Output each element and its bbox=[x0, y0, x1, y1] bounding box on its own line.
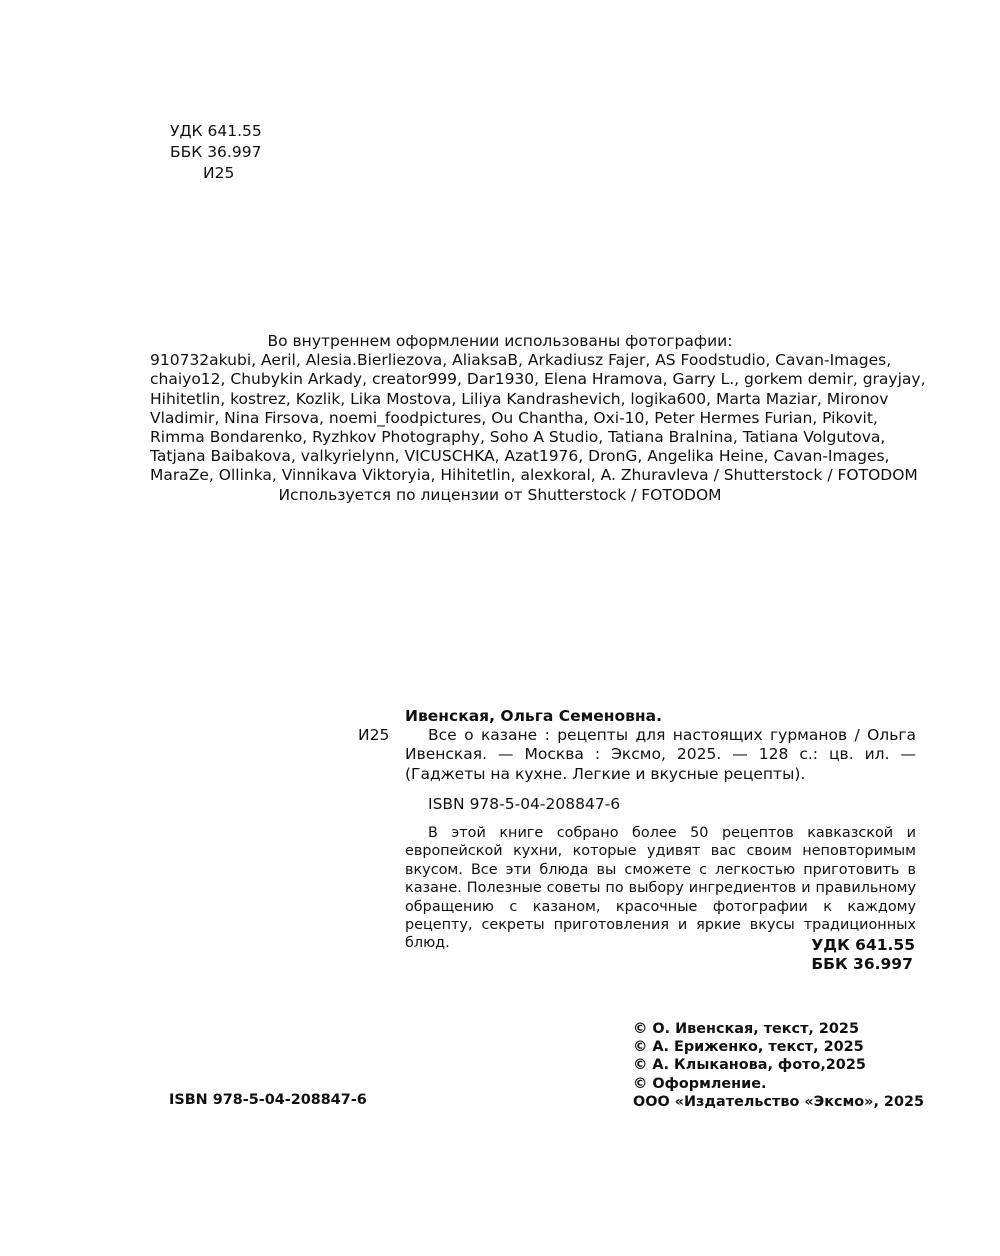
bib-udk: УДК 641.55 bbox=[811, 936, 915, 955]
top-classification: УДК 641.55 ББК 36.997 И25 bbox=[170, 121, 262, 184]
author-mark: И25 bbox=[170, 163, 262, 184]
copyright-line: © А. Клыканова, фото,2025 bbox=[633, 1056, 924, 1074]
credits-line: Используется по лицензии от Shutterstock… bbox=[150, 486, 850, 505]
photo-credits: Во внутреннем оформлении использованы фо… bbox=[150, 332, 850, 505]
credits-line: Vladimir, Nina Firsova, noemi_foodpictur… bbox=[150, 409, 850, 428]
credits-line: Во внутреннем оформлении использованы фо… bbox=[150, 332, 850, 351]
bbk-code: ББК 36.997 bbox=[170, 142, 262, 163]
bib-bbk: ББК 36.997 bbox=[811, 955, 915, 974]
copyright-line: © А. Ериженко, текст, 2025 bbox=[633, 1038, 924, 1056]
credits-line: chaiyo12, Chubykin Arkady, creator999, D… bbox=[150, 370, 850, 389]
bib-author: Ивенская, Ольга Семеновна. bbox=[405, 707, 916, 726]
bib-description: Все о казане : рецепты для настоящих гур… bbox=[405, 726, 916, 784]
credits-line: 910732akubi, Aeril, Alesia.Bierliezova, … bbox=[150, 351, 850, 370]
bib-author-mark: И25 bbox=[358, 726, 389, 744]
credits-line: MaraZe, Ollinka, Vinnikava Viktoryia, Hi… bbox=[150, 466, 850, 485]
copyright-block: © О. Ивенская, текст, 2025 © А. Ериженко… bbox=[633, 1020, 924, 1111]
credits-line: Rimma Bondarenko, Ryzhkov Photography, S… bbox=[150, 428, 850, 447]
annotation: В этой книге собрано более 50 рецептов к… bbox=[405, 824, 916, 953]
credits-line: Tatjana Baibakova, valkyrielynn, VICUSCH… bbox=[150, 447, 850, 466]
bibliographic-record: Ивенская, Ольга Семеновна. Все о казане … bbox=[405, 707, 916, 784]
copyright-line: ООО «Издательство «Эксмо», 2025 bbox=[633, 1093, 924, 1111]
copyright-line: © О. Ивенская, текст, 2025 bbox=[633, 1020, 924, 1038]
udk-code: УДК 641.55 bbox=[170, 121, 262, 142]
annotation-text: В этой книге собрано более 50 рецептов к… bbox=[405, 824, 916, 953]
bib-isbn: ISBN 978-5-04-208847-6 bbox=[428, 795, 620, 813]
bottom-isbn: ISBN 978-5-04-208847-6 bbox=[169, 1092, 367, 1108]
credits-line: Hihitetlin, kostrez, Kozlik, Lika Mostov… bbox=[150, 390, 850, 409]
bib-classification: УДК 641.55 ББК 36.997 bbox=[811, 936, 915, 974]
copyright-line: © Оформление. bbox=[633, 1075, 924, 1093]
